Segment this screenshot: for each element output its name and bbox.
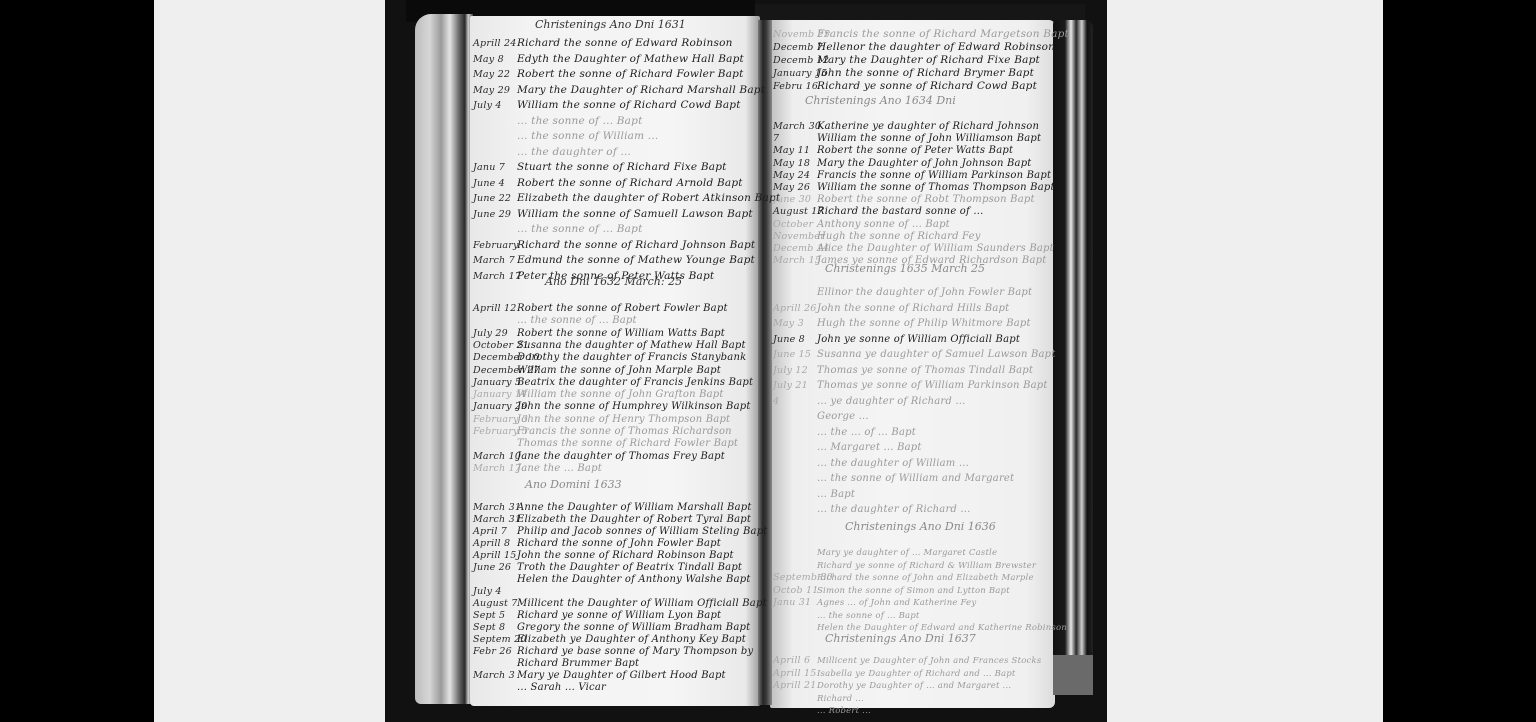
- entry-date: March 15: [773, 255, 817, 266]
- left-page-edges: [415, 14, 473, 704]
- right-heading-1635: Christenings 1635 March 25: [825, 262, 985, 275]
- register-entry: ... Robert ...: [773, 698, 871, 717]
- register-entry: March 17Jane the ... Bapt: [473, 456, 602, 475]
- register-entry: Febru 16Richard ye sonne of Richard Cowd…: [773, 74, 1037, 93]
- entry-text: ... Sarah ... Vicar: [517, 682, 606, 693]
- right-heading-1637: Christenings Ano Dni 1637: [825, 632, 976, 645]
- entry-text: Jane the ... Bapt: [517, 463, 602, 474]
- entry-text: ... Robert ...: [817, 706, 871, 716]
- book-corner: [1053, 655, 1093, 695]
- left-section-heading-1632: Ano Dni 1632 March: 25: [545, 275, 682, 288]
- register-entry: ... the daughter of Richard ...: [773, 497, 971, 516]
- viewer-left-margin: [0, 0, 154, 722]
- entry-date: Febru 16: [773, 81, 817, 92]
- viewer-right-margin: [1383, 0, 1536, 722]
- right-page-edges: [1053, 20, 1093, 680]
- left-section-heading-1633: Ano Domini 1633: [525, 478, 622, 491]
- register-entry: ... Sarah ... Vicar: [473, 675, 606, 694]
- entry-text: Richard ye sonne of Richard Cowd Bapt: [817, 80, 1037, 92]
- register-book-scan: Christenings Ano Dni 1631 Aprill 24Richa…: [385, 0, 1107, 722]
- image-viewer: Christenings Ano Dni 1631 Aprill 24Richa…: [0, 0, 1536, 722]
- entry-date: March 17: [473, 271, 517, 282]
- left-page-heading: Christenings Ano Dni 1631: [535, 18, 686, 31]
- entry-date: March 17: [473, 463, 517, 474]
- right-heading-1634: Christenings Ano 1634 Dni: [805, 94, 956, 107]
- entry-text: Helen the Daughter of Anthony Walshe Bap…: [517, 574, 751, 585]
- entry-text: ... the daughter of Richard ...: [817, 504, 971, 515]
- right-heading-1636: Christenings Ano Dni 1636: [845, 520, 996, 533]
